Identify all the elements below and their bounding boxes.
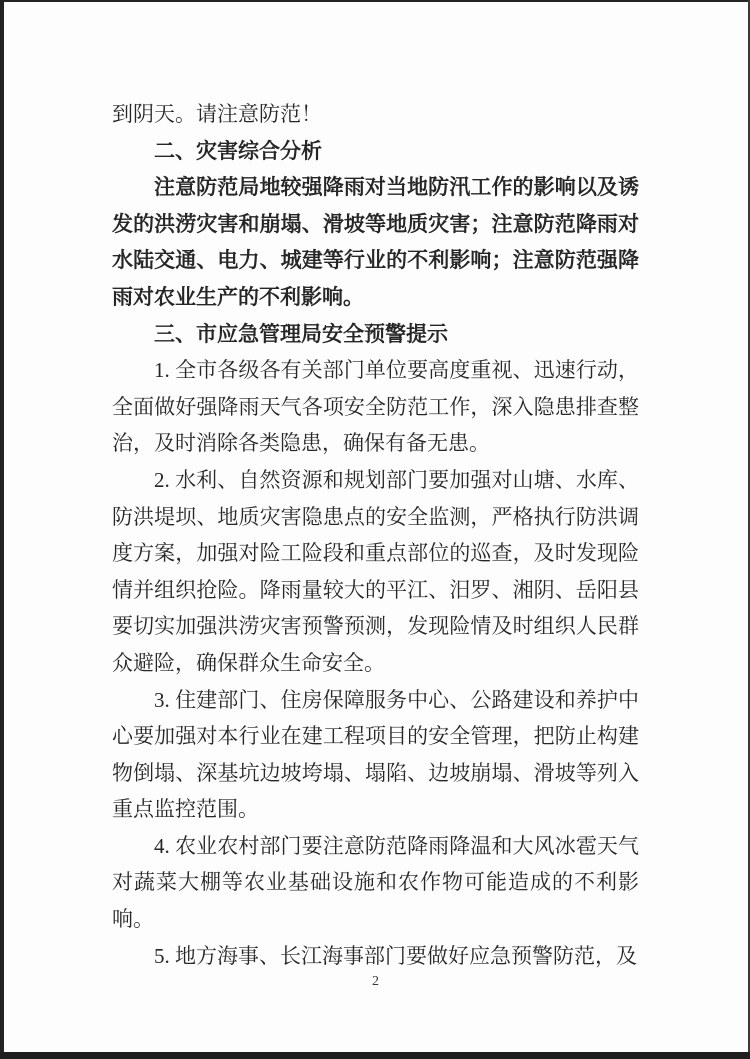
document-body: 到阴天。请注意防范！ 二、灾害综合分析 注意防范局地较强降雨对当地防汛工作的影响… [112,96,639,974]
scan-edge-left [0,0,4,1059]
page-number: 2 [112,974,639,990]
paragraph-continuation: 到阴天。请注意防范！ [112,96,639,133]
scan-edge-top [0,0,750,2]
paragraph-item-4: 4. 农业农村部门要注意防范降雨降温和大风冰雹天气对蔬菜大棚等农业基础设施和农作… [112,828,639,938]
section-heading-safety-warning: 三、市应急管理局安全预警提示 [112,316,639,353]
paragraph-item-5: 5. 地方海事、长江海事部门要做好应急预警防范，及 [112,938,639,975]
scan-edge-bottom [0,1052,750,1059]
paragraph-item-1: 1. 全市各级各有关部门单位要高度重视、迅速行动，全面做好强降雨天气各项安全防范… [112,352,639,462]
paragraph-disaster-analysis: 注意防范局地较强降雨对当地防汛工作的影响以及诱发的洪涝灾害和崩塌、滑坡等地质灾害… [112,169,639,315]
section-heading-disaster-analysis: 二、灾害综合分析 [112,133,639,170]
paragraph-item-3: 3. 住建部门、住房保障服务中心、公路建设和养护中心要加强对本行业在建工程项目的… [112,682,639,828]
document-page: 到阴天。请注意防范！ 二、灾害综合分析 注意防范局地较强降雨对当地防汛工作的影响… [0,0,750,1059]
paragraph-item-2: 2. 水利、自然资源和规划部门要加强对山塘、水库、防洪堤坝、地质灾害隐患点的安全… [112,462,639,682]
